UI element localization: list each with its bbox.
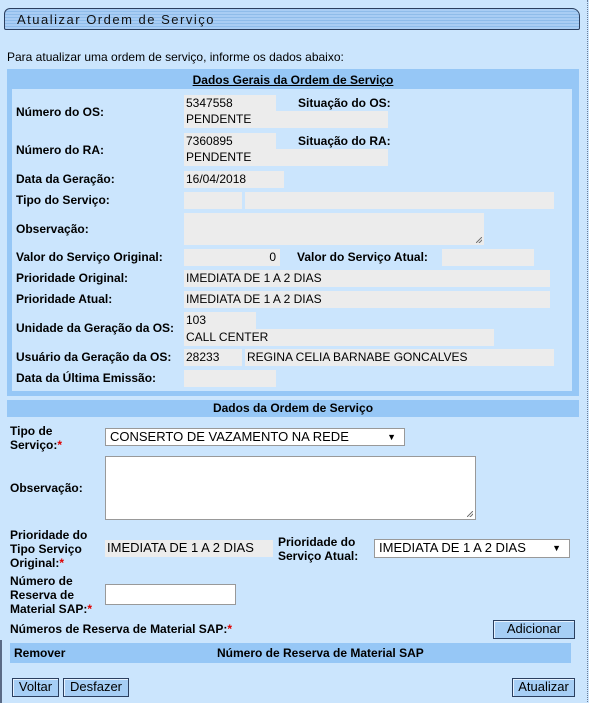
- situacao-os-value: PENDENTE: [184, 111, 388, 128]
- valor-atual-label: Valor do Serviço Atual:: [297, 250, 428, 264]
- tipo-servico-label: Tipo do Serviço:: [16, 193, 110, 207]
- unidade-geracao-code: 103: [184, 312, 256, 329]
- numeros-reserva-sap-label: Números de Reserva de Material SAP:*: [10, 622, 232, 636]
- situacao-ra-value: PENDENTE: [184, 149, 388, 166]
- tipo-servico-select[interactable]: CONSERTO DE VAZAMENTO NA REDE ▼: [105, 428, 405, 446]
- prioridade-servico-atual-select[interactable]: IMEDIATA DE 1 A 2 DIAS ▼: [374, 539, 570, 558]
- atualizar-button[interactable]: Atualizar: [512, 678, 575, 697]
- prioridade-servico-atual-label: Prioridade do Serviço Atual:: [278, 535, 358, 563]
- numero-ra-label: Número do RA:: [16, 143, 104, 157]
- observacao-field-label: Observação:: [10, 481, 83, 495]
- unidade-geracao-name: CALL CENTER: [184, 329, 494, 346]
- data-ultima-emissao-value: [184, 370, 276, 387]
- voltar-button[interactable]: Voltar: [12, 678, 59, 697]
- dropdown-arrow-icon: ▼: [387, 429, 396, 445]
- required-marker: *: [227, 622, 232, 636]
- unidade-geracao-label: Unidade da Geração da OS:: [16, 321, 174, 335]
- usuario-geracao-label: Usuário da Geração da OS:: [16, 350, 171, 364]
- valor-original-value: 0: [184, 249, 280, 266]
- observacao-label: Observação:: [16, 222, 89, 236]
- situacao-ra-label: Situação do RA:: [298, 134, 391, 148]
- desfazer-button[interactable]: Desfazer: [63, 678, 129, 697]
- prioridade-tipo-servico-original-value: IMEDIATA DE 1 A 2 DIAS: [105, 540, 273, 557]
- dropdown-arrow-icon: ▼: [552, 540, 561, 556]
- data-geracao-value: 16/04/2018: [184, 171, 284, 188]
- prioridade-atual-value: IMEDIATA DE 1 A 2 DIAS: [184, 291, 550, 308]
- window-title: Atualizar Ordem de Serviço: [17, 12, 215, 27]
- window-title-tab: Atualizar Ordem de Serviço: [4, 8, 580, 30]
- usuario-geracao-name: REGINA CELIA BARNABE GONCALVES: [245, 349, 554, 366]
- intro-text: Para atualizar uma ordem de serviço, inf…: [7, 50, 344, 64]
- numero-reserva-sap-input[interactable]: [105, 584, 236, 605]
- prioridade-tipo-servico-original-label: Prioridade do Tipo Serviço Original:*: [10, 528, 87, 570]
- required-marker: *: [57, 438, 62, 452]
- observacao-textarea[interactable]: [105, 456, 476, 520]
- resize-grip-icon: [476, 237, 482, 243]
- tipo-servico-code: [184, 192, 242, 209]
- numero-reserva-sap-label: Número de Reserva de Material SAP:*: [10, 574, 92, 616]
- usuario-geracao-code: 28233: [184, 349, 242, 366]
- order-data-heading: Dados da Ordem de Serviço: [7, 400, 579, 417]
- prioridade-original-value: IMEDIATA DE 1 A 2 DIAS: [184, 270, 550, 287]
- prioridade-atual-label: Prioridade Atual:: [16, 292, 112, 306]
- tipo-servico-field-label: Tipo de Serviço:*: [10, 424, 62, 452]
- tipo-servico-description: [245, 192, 554, 209]
- divider: [0, 640, 2, 703]
- reserva-table-header: Remover Número de Reserva de Material SA…: [10, 643, 571, 663]
- numero-ra-value: 7360895: [184, 133, 276, 149]
- observacao-readonly-textarea: [184, 213, 484, 245]
- required-marker: *: [59, 556, 64, 570]
- general-data-heading: Dados Gerais da Ordem de Serviço: [7, 73, 579, 87]
- general-data-panel: Dados Gerais da Ordem de Serviço Número …: [7, 69, 579, 396]
- valor-atual-value: [442, 249, 534, 266]
- data-geracao-label: Data da Geração:: [16, 172, 115, 186]
- numero-os-value: 5347558: [184, 95, 276, 111]
- column-header-remover: Remover: [14, 643, 65, 663]
- valor-original-label: Valor do Serviço Original:: [16, 250, 163, 264]
- data-ultima-emissao-label: Data da Última Emissão:: [16, 371, 156, 385]
- column-header-numero-reserva: Número de Reserva de Material SAP: [217, 643, 424, 663]
- adicionar-button[interactable]: Adicionar: [493, 620, 575, 639]
- general-data-body: Número do OS: 5347558 Situação do OS: PE…: [12, 89, 572, 391]
- prioridade-original-label: Prioridade Original:: [16, 271, 128, 285]
- numero-os-label: Número do OS:: [16, 105, 104, 119]
- resize-grip-icon[interactable]: [467, 511, 473, 517]
- required-marker: *: [87, 602, 92, 616]
- situacao-os-label: Situação do OS:: [298, 96, 391, 110]
